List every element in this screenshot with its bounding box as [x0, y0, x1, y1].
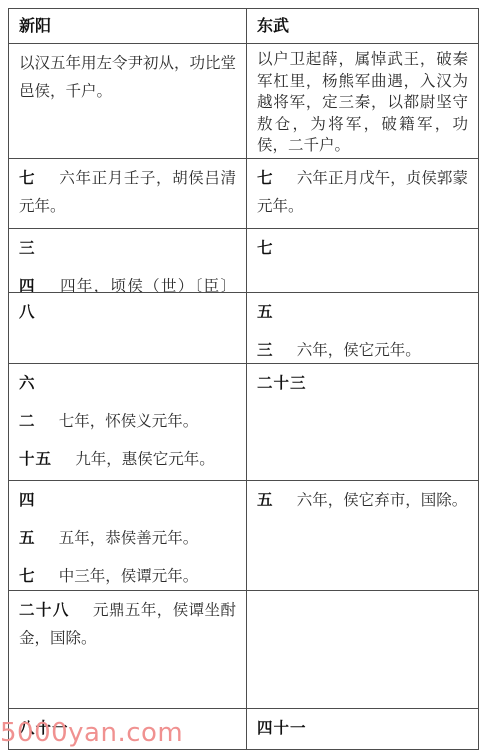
entry-text: 九年，惠侯它元年。 — [75, 450, 215, 468]
entry-text: 中三年，侯谭元年。 — [59, 567, 199, 585]
table-cell-left: 四五五年，恭侯善元年。七中三年，侯谭元年。 — [9, 481, 247, 590]
table-cell-left: 八十一 — [9, 709, 247, 749]
table-row: 二十八元鼎五年，侯谭坐酎金，国除。 — [9, 591, 478, 709]
table-cell-left: 以汉五年用左令尹初从，功比堂邑侯，千户。 — [9, 44, 247, 158]
table-row: 八十一四十一 — [9, 709, 478, 749]
table-cell-left: 七六年正月壬子，胡侯吕清元年。 — [9, 159, 247, 228]
table-entry: 五 — [257, 298, 468, 326]
year-count: 四 — [19, 490, 36, 509]
entry-text: 五年，恭侯善元年。 — [59, 529, 199, 547]
table-entry: 六 — [19, 369, 236, 397]
column-header-xinyang: 新阳 — [19, 16, 51, 35]
table-cell-right: 四十一 — [247, 709, 478, 749]
entry-text: 四年，顷侯（世）〔臣〕元年。 — [19, 277, 236, 292]
table-row: 以汉五年用左令尹初从，功比堂邑侯，千户。以户卫起薛，属悼武王，破秦军杠里，杨熊军… — [9, 44, 478, 159]
year-count: 二十三 — [257, 373, 307, 392]
table-cell-right: 五三六年，侯它元年。 — [247, 293, 478, 363]
table-row: 六二七年，怀侯义元年。十五九年，惠侯它元年。二十三 — [9, 364, 478, 481]
table-entry: 八十一 — [19, 714, 236, 742]
table-entry: 七 — [257, 234, 468, 262]
table-entry: 以户卫起薛，属悼武王，破秦军杠里，杨熊军曲遇，入汉为越将军，定三秦，以都尉坚守敖… — [257, 49, 468, 157]
entry-text: 六年，侯它元年。 — [297, 341, 421, 359]
table-row: 四五五年，恭侯善元年。七中三年，侯谭元年。五六年，侯它弃市，国除。 — [9, 481, 478, 591]
year-count: 二 — [19, 411, 36, 430]
year-count: 三 — [19, 238, 36, 257]
table-body: 以汉五年用左令尹初从，功比堂邑侯，千户。以户卫起薛，属悼武王，破秦军杠里，杨熊军… — [9, 44, 478, 749]
table-entry: 四四年，顷侯（世）〔臣〕元年。 — [19, 272, 236, 292]
marquis-genealogy-table: 新阳 东武 以汉五年用左令尹初从，功比堂邑侯，千户。以户卫起薛，属悼武王，破秦军… — [8, 8, 479, 750]
entry-text: 七年，怀侯义元年。 — [59, 412, 199, 430]
table-cell-right: 以户卫起薛，属悼武王，破秦军杠里，杨熊军曲遇，入汉为越将军，定三秦，以都尉坚守敖… — [247, 44, 478, 158]
table-entry: 三六年，侯它元年。 — [257, 336, 468, 363]
table-entry: 二十三 — [257, 369, 468, 397]
year-count: 七 — [19, 168, 36, 187]
column-header-dongwu: 东武 — [257, 16, 289, 35]
year-count: 八十一 — [19, 718, 69, 737]
table-cell-right — [247, 591, 478, 708]
year-count: 四十一 — [257, 718, 307, 737]
table-entry: 十五九年，惠侯它元年。 — [19, 445, 236, 473]
year-count: 五 — [19, 528, 36, 547]
entry-text: 六年正月壬子，胡侯吕清元年。 — [19, 169, 236, 215]
year-count: 五 — [257, 490, 274, 509]
table-cell-left: 八 — [9, 293, 247, 363]
year-count: 十五 — [19, 449, 52, 468]
table-header-cell-right: 东武 — [247, 9, 478, 43]
entry-text: 六年，侯它弃市，国除。 — [297, 491, 468, 509]
entry-text: 六年正月戊午，贞侯郭蒙元年。 — [257, 169, 468, 215]
table-entry: 四 — [19, 486, 236, 514]
table-entry: 以汉五年用左令尹初从，功比堂邑侯，千户。 — [19, 49, 236, 105]
table-header-row: 新阳 东武 — [9, 9, 478, 44]
table-cell-left: 二十八元鼎五年，侯谭坐酎金，国除。 — [9, 591, 247, 708]
year-count: 三 — [257, 340, 274, 359]
table-entry: 七六年正月壬子，胡侯吕清元年。 — [19, 164, 236, 220]
year-count: 二十八 — [19, 600, 70, 619]
table-cell-right: 七六年正月戊午，贞侯郭蒙元年。 — [247, 159, 478, 228]
table-cell-left: 六二七年，怀侯义元年。十五九年，惠侯它元年。 — [9, 364, 247, 480]
table-entry: 七六年正月戊午，贞侯郭蒙元年。 — [257, 164, 468, 220]
entry-text: 以户卫起薛，属悼武王，破秦军杠里，杨熊军曲遇，入汉为越将军，定三秦，以都尉坚守敖… — [257, 50, 468, 154]
table-entry: 五五年，恭侯善元年。 — [19, 524, 236, 552]
table-entry: 四十一 — [257, 714, 468, 742]
table-cell-right: 五六年，侯它弃市，国除。 — [247, 481, 478, 590]
table-entry: 五六年，侯它弃市，国除。 — [257, 486, 468, 514]
year-count: 七 — [19, 566, 36, 585]
table-entry: 二十八元鼎五年，侯谭坐酎金，国除。 — [19, 596, 236, 652]
table-entry: 七中三年，侯谭元年。 — [19, 562, 236, 590]
entry-text: 以汉五年用左令尹初从，功比堂邑侯，千户。 — [19, 54, 236, 100]
table-cell-left: 三四四年，顷侯（世）〔臣〕元年。 — [9, 229, 247, 292]
year-count: 四 — [19, 276, 37, 292]
table-header-cell-left: 新阳 — [9, 9, 247, 43]
year-count: 五 — [257, 302, 274, 321]
table-row: 三四四年，顷侯（世）〔臣〕元年。七 — [9, 229, 478, 293]
year-count: 六 — [19, 373, 36, 392]
year-count: 七 — [257, 238, 274, 257]
table-row: 七六年正月壬子，胡侯吕清元年。七六年正月戊午，贞侯郭蒙元年。 — [9, 159, 478, 229]
year-count: 七 — [257, 168, 274, 187]
table-row: 八五三六年，侯它元年。 — [9, 293, 478, 364]
table-cell-right: 七 — [247, 229, 478, 292]
table-entry: 八 — [19, 298, 236, 326]
table-entry: 三 — [19, 234, 236, 262]
year-count: 八 — [19, 302, 36, 321]
table-cell-right: 二十三 — [247, 364, 478, 480]
table-entry: 二七年，怀侯义元年。 — [19, 407, 236, 435]
